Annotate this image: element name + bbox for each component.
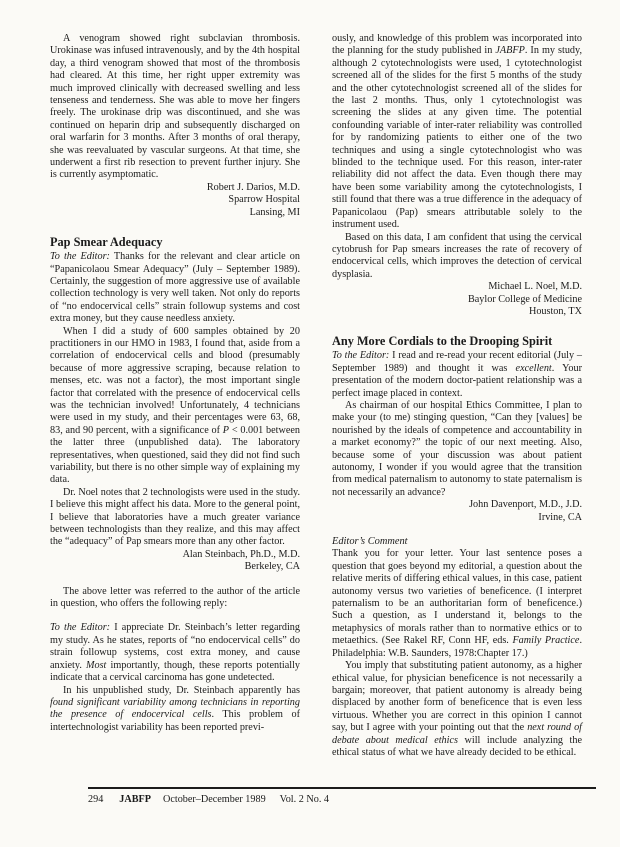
paragraph: Dr. Noel notes that 2 technologists were… bbox=[50, 487, 300, 549]
signature-block: Robert J. Darios, M.D.Sparrow HospitalLa… bbox=[50, 182, 300, 219]
italic-text-run: excellent bbox=[516, 363, 552, 374]
italic-text-run: Family Practice bbox=[512, 635, 579, 646]
italic-text-run: JABFP bbox=[495, 45, 524, 56]
paragraph: Based on this data, I am confident that … bbox=[332, 232, 582, 282]
page-footer: 294 JABFP October–December 1989 Vol. 2 N… bbox=[88, 794, 329, 805]
signature-line: Lansing, MI bbox=[50, 207, 300, 219]
signature-block: John Davenport, M.D., J.D.Irvine, CA bbox=[332, 499, 582, 524]
paragraph: A venogram showed right subclavian throm… bbox=[50, 33, 300, 182]
issue-date: October–December 1989 bbox=[163, 794, 266, 805]
signature-line: Robert J. Darios, M.D. bbox=[50, 182, 300, 194]
paragraph: The above letter was referred to the aut… bbox=[50, 586, 300, 611]
italic-text-run: To the Editor: bbox=[332, 350, 389, 361]
italic-text-run: To the Editor: bbox=[50, 251, 110, 262]
signature-line: Baylor College of Medicine bbox=[332, 294, 582, 306]
page-number: 294 bbox=[88, 794, 103, 805]
journal-name: JABFP bbox=[119, 794, 151, 805]
section-heading: Any More Cordials to the Drooping Spirit bbox=[332, 334, 582, 348]
two-column-text: A venogram showed right subclavian throm… bbox=[50, 33, 582, 759]
italic-text-run: Most bbox=[86, 660, 106, 671]
text-run: In his unpublished study, Dr. Steinbach … bbox=[63, 685, 300, 696]
text-run: . In my study, although 2 cytotechnologi… bbox=[332, 45, 582, 230]
signature-line: Irvine, CA bbox=[332, 512, 582, 524]
signature-line: Alan Steinbach, Ph.D., M.D. bbox=[50, 549, 300, 561]
text-run: Based on this data, I am confident that … bbox=[332, 232, 582, 280]
paragraph: To the Editor: I read and re-read your r… bbox=[332, 350, 582, 400]
paragraph: To the Editor: Thanks for the relevant a… bbox=[50, 251, 300, 325]
paragraph: As chairman of our hospital Ethics Commi… bbox=[332, 400, 582, 499]
footer-rule bbox=[88, 787, 596, 789]
section-heading: Pap Smear Adequacy bbox=[50, 235, 300, 249]
text-run: Dr. Noel notes that 2 technologists were… bbox=[50, 487, 300, 548]
signature-block: Alan Steinbach, Ph.D., M.D.Berkeley, CA bbox=[50, 549, 300, 574]
journal-page: A venogram showed right subclavian throm… bbox=[0, 0, 620, 847]
paragraph: To the Editor: I appreciate Dr. Steinbac… bbox=[50, 622, 300, 684]
text-run: A venogram showed right subclavian throm… bbox=[50, 33, 300, 180]
paragraph: Thank you for your letter. Your last sen… bbox=[332, 548, 582, 660]
paragraph: When I did a study of 600 samples obtain… bbox=[50, 326, 300, 487]
text-run: When I did a study of 600 samples obtain… bbox=[50, 326, 300, 436]
volume-number: Vol. 2 No. 4 bbox=[280, 794, 329, 805]
text-run: Thank you for your letter. Your last sen… bbox=[332, 548, 582, 646]
signature-line: John Davenport, M.D., J.D. bbox=[332, 499, 582, 511]
text-run: As chairman of our hospital Ethics Commi… bbox=[332, 400, 582, 498]
italic-text-run: To the Editor: bbox=[50, 622, 110, 633]
section-heading: Editor’s Comment bbox=[332, 536, 582, 548]
signature-line: Berkeley, CA bbox=[50, 561, 300, 573]
signature-line: Houston, TX bbox=[332, 306, 582, 318]
paragraph: ously, and knowledge of this problem was… bbox=[332, 33, 582, 232]
signature-line: Michael L. Noel, M.D. bbox=[332, 281, 582, 293]
text-run: The above letter was referred to the aut… bbox=[50, 586, 300, 609]
signature-block: Michael L. Noel, M.D.Baylor College of M… bbox=[332, 281, 582, 318]
signature-line: Sparrow Hospital bbox=[50, 194, 300, 206]
right-column: ously, and knowledge of this problem was… bbox=[332, 33, 582, 759]
paragraph: In his unpublished study, Dr. Steinbach … bbox=[50, 685, 300, 735]
left-column: A venogram showed right subclavian throm… bbox=[50, 33, 300, 759]
paragraph: You imply that substituting patient auto… bbox=[332, 660, 582, 759]
